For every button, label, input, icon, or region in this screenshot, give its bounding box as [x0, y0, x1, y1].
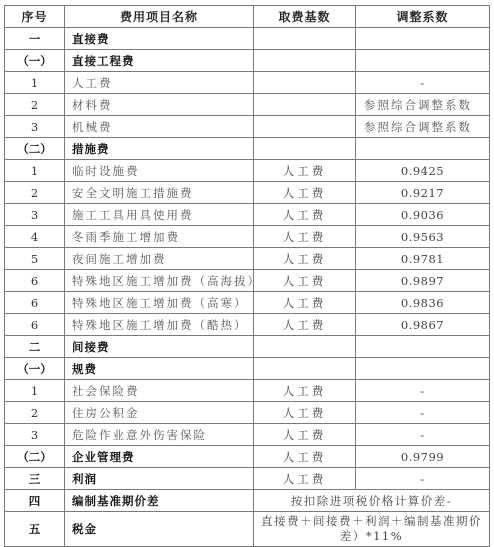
row-no: 3 — [5, 204, 65, 226]
row-name: 规费 — [65, 358, 254, 380]
table-row: （二） 措施费 — [5, 138, 490, 160]
table-row: 1 人工费 - — [5, 72, 490, 94]
row-base: 人工费 — [254, 446, 356, 468]
row-name: 直接费 — [65, 28, 254, 50]
row-name: 危险作业意外伤害保险 — [65, 424, 254, 446]
table-row: 6 特殊地区施工增加费（高寒） 人工费 0.9836 — [5, 292, 490, 314]
row-base: 人工费 — [254, 204, 356, 226]
table-row: 五 税金 直接费＋间接费＋利润＋编制基准期价差）*11% — [5, 512, 490, 547]
row-coef: 0.9036 — [356, 204, 490, 226]
row-base — [254, 50, 356, 72]
row-coef: 0.9836 — [356, 292, 490, 314]
row-coef: - — [356, 468, 490, 490]
row-no: 2 — [5, 182, 65, 204]
table-row: 6 特殊地区施工增加费（酷热） 人工费 0.9867 — [5, 314, 490, 336]
row-coef: - — [356, 402, 490, 424]
row-coef — [356, 138, 490, 160]
table-row: 二 间接费 — [5, 336, 490, 358]
row-coef: - — [356, 380, 490, 402]
table-row: 5 夜间施工增加费 人工费 0.9781 — [5, 248, 490, 270]
table-row: 三 利润 人工费 - — [5, 468, 490, 490]
row-no: 4 — [5, 226, 65, 248]
table-row: 4 冬雨季施工增加费 人工费 0.9563 — [5, 226, 490, 248]
row-base — [254, 336, 356, 358]
header-coef: 调整系数 — [356, 6, 490, 28]
header-name: 费用项目名称 — [65, 6, 254, 28]
row-coef: 0.9781 — [356, 248, 490, 270]
row-base — [254, 358, 356, 380]
row-base: 人工费 — [254, 468, 356, 490]
row-base — [254, 28, 356, 50]
header-no: 序号 — [5, 6, 65, 28]
row-name: 冬雨季施工增加费 — [65, 226, 254, 248]
row-coef — [356, 28, 490, 50]
row-no: 一 — [5, 28, 65, 50]
row-base: 人工费 — [254, 182, 356, 204]
row-coef: 参照综合调整系数 — [356, 94, 490, 116]
row-base: 人工费 — [254, 314, 356, 336]
row-name: 特殊地区施工增加费（酷热） — [65, 314, 254, 336]
table-row: 四 编制基准期价差 按扣除进项税价格计算价差- — [5, 490, 490, 512]
row-no: 6 — [5, 292, 65, 314]
fee-adjustment-table: 序号 费用项目名称 取费基数 调整系数 一 直接费 （一） 直接工程费 1 人工… — [4, 5, 490, 547]
row-merged-formula: 直接费＋间接费＋利润＋编制基准期价差）*11% — [254, 512, 490, 547]
row-no: 6 — [5, 314, 65, 336]
row-name: 安全文明施工措施费 — [65, 182, 254, 204]
table-row: 一 直接费 — [5, 28, 490, 50]
row-base — [254, 94, 356, 116]
row-name: 直接工程费 — [65, 50, 254, 72]
table-row: 3 施工工具用具使用费 人工费 0.9036 — [5, 204, 490, 226]
row-no: 2 — [5, 402, 65, 424]
row-base: 人工费 — [254, 402, 356, 424]
table-row: 3 机械费 参照综合调整系数 — [5, 116, 490, 138]
row-base: 人工费 — [254, 270, 356, 292]
row-coef: 参照综合调整系数 — [356, 116, 490, 138]
row-no: 3 — [5, 424, 65, 446]
row-base — [254, 116, 356, 138]
table-row: （二） 企业管理费 人工费 0.9799 — [5, 446, 490, 468]
header-base: 取费基数 — [254, 6, 356, 28]
row-merged-description: 按扣除进项税价格计算价差- — [254, 490, 490, 512]
table-row: 2 安全文明施工措施费 人工费 0.9217 — [5, 182, 490, 204]
row-no: （一） — [5, 358, 65, 380]
row-name: 企业管理费 — [65, 446, 254, 468]
row-no: 2 — [5, 94, 65, 116]
row-name: 施工工具用具使用费 — [65, 204, 254, 226]
row-name: 利润 — [65, 468, 254, 490]
row-name: 材料费 — [65, 94, 254, 116]
row-base: 人工费 — [254, 226, 356, 248]
table-row: （一） 规费 — [5, 358, 490, 380]
table-row: 1 社会保险费 人工费 - — [5, 380, 490, 402]
row-name: 临时设施费 — [65, 160, 254, 182]
row-name: 夜间施工增加费 — [65, 248, 254, 270]
row-coef: 0.9799 — [356, 446, 490, 468]
row-base: 人工费 — [254, 424, 356, 446]
table-row: 6 特殊地区施工增加费（高海拔） 人工费 0.9897 — [5, 270, 490, 292]
row-coef — [356, 358, 490, 380]
row-name: 措施费 — [65, 138, 254, 160]
table-row: 1 临时设施费 人工费 0.9425 — [5, 160, 490, 182]
row-no: 1 — [5, 160, 65, 182]
row-no: 1 — [5, 380, 65, 402]
row-no: 1 — [5, 72, 65, 94]
row-name: 税金 — [65, 512, 254, 547]
row-no: 5 — [5, 248, 65, 270]
row-base: 人工费 — [254, 292, 356, 314]
row-no: （一） — [5, 50, 65, 72]
row-no: 四 — [5, 490, 65, 512]
row-name: 间接费 — [65, 336, 254, 358]
row-no: 二 — [5, 336, 65, 358]
row-coef: 0.9867 — [356, 314, 490, 336]
row-coef — [356, 50, 490, 72]
row-no: 五 — [5, 512, 65, 547]
table-row: 2 材料费 参照综合调整系数 — [5, 94, 490, 116]
row-base: 人工费 — [254, 248, 356, 270]
row-coef: - — [356, 424, 490, 446]
row-no: （二） — [5, 446, 65, 468]
row-name: 机械费 — [65, 116, 254, 138]
row-base — [254, 138, 356, 160]
row-no: （二） — [5, 138, 65, 160]
row-name: 特殊地区施工增加费（高海拔） — [65, 270, 254, 292]
row-coef: 0.9425 — [356, 160, 490, 182]
row-name: 编制基准期价差 — [65, 490, 254, 512]
row-no: 6 — [5, 270, 65, 292]
row-base: 人工费 — [254, 160, 356, 182]
table-row: （一） 直接工程费 — [5, 50, 490, 72]
header-row: 序号 费用项目名称 取费基数 调整系数 — [5, 6, 490, 28]
table-row: 3 危险作业意外伤害保险 人工费 - — [5, 424, 490, 446]
row-base: 人工费 — [254, 380, 356, 402]
row-no: 三 — [5, 468, 65, 490]
row-name: 住房公积金 — [65, 402, 254, 424]
row-no: 3 — [5, 116, 65, 138]
row-coef: 0.9217 — [356, 182, 490, 204]
row-name: 社会保险费 — [65, 380, 254, 402]
row-name: 特殊地区施工增加费（高寒） — [65, 292, 254, 314]
row-coef — [356, 336, 490, 358]
row-coef: 0.9897 — [356, 270, 490, 292]
row-coef: 0.9563 — [356, 226, 490, 248]
row-base — [254, 72, 356, 94]
row-coef: - — [356, 72, 490, 94]
table-row: 2 住房公积金 人工费 - — [5, 402, 490, 424]
row-name: 人工费 — [65, 72, 254, 94]
